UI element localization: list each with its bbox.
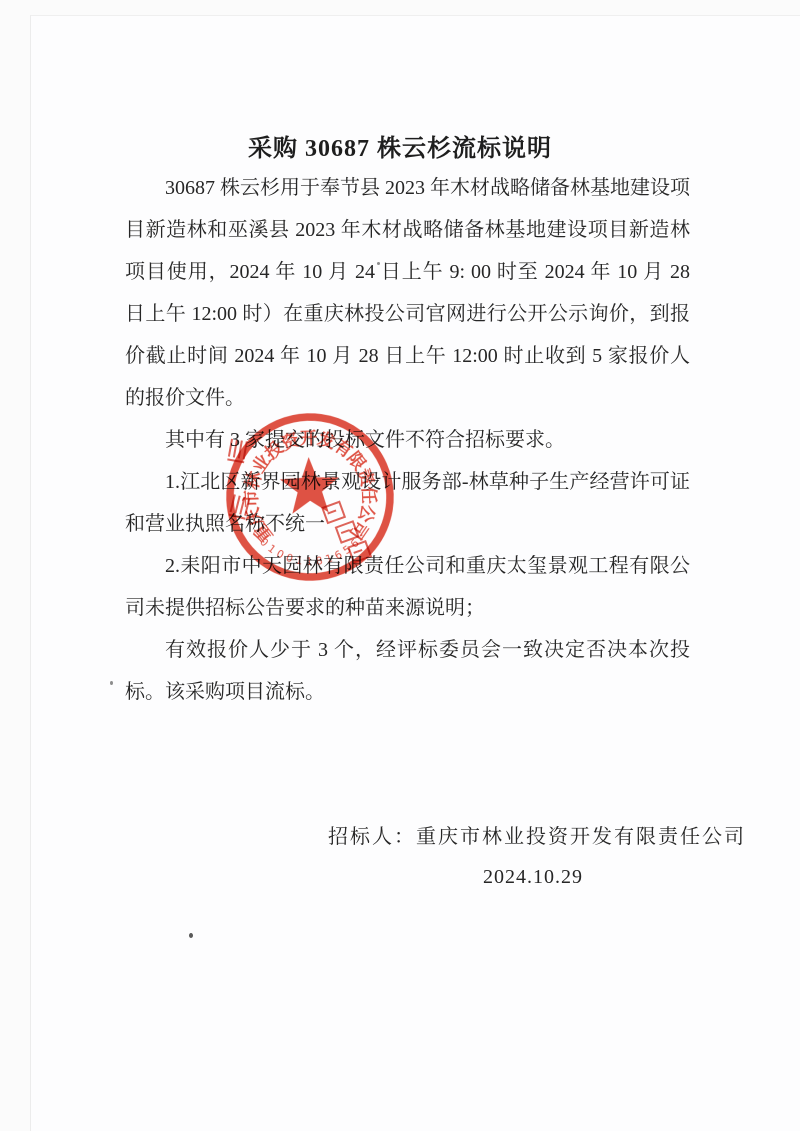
document-page: 采购 30687 株云杉流标说明 30687 株云杉用于奉节县 2023 年木材… [0,0,800,1131]
scan-speck [110,681,113,685]
paragraph-conclusion: 有效报价人少于 3 个，经评标委员会一致决定否决本次投标。该采购项目流标。 [125,629,690,713]
page-title: 采购 30687 株云杉流标说明 [0,128,800,163]
paragraph-intro: 30687 株云杉用于奉节县 2023 年木材战略储备林基地建设项目新造林和巫溪… [125,167,690,419]
scan-speck [189,933,193,938]
scan-speck [377,262,380,265]
tenderer-signature: 招标人：重庆市林业投资开发有限责任公司 [328,820,746,849]
document-date: 2024.10.29 [483,866,583,889]
